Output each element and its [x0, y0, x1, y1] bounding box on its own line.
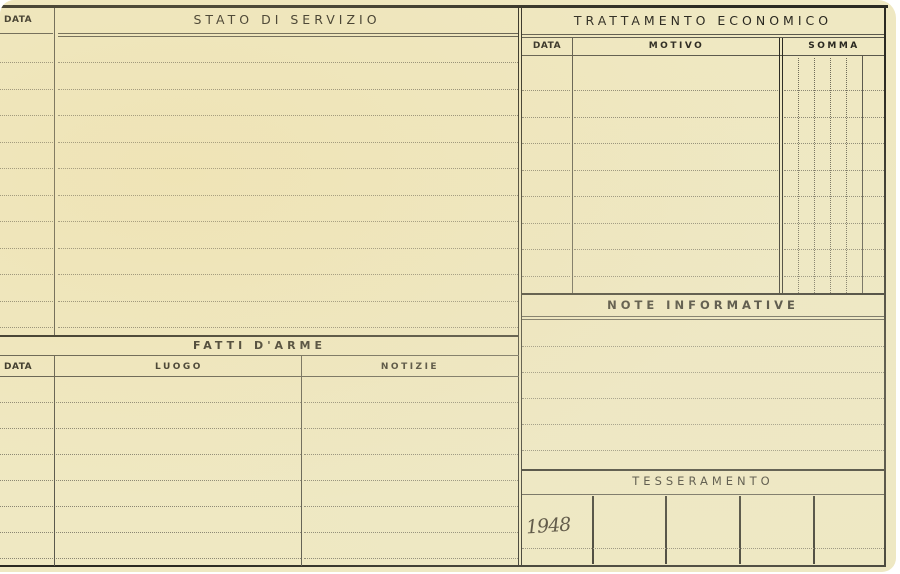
fatti-luogo-header: LUOGO [56, 362, 302, 372]
ruled-line [0, 402, 53, 403]
ruled-line [0, 558, 53, 559]
ruled-line [522, 276, 570, 277]
ruled-line [56, 454, 301, 455]
ruled-line [0, 532, 53, 533]
ruled-line [784, 223, 884, 224]
tessera-year-1: 1948 [525, 513, 571, 538]
divider [58, 33, 518, 34]
ruled-line [0, 480, 53, 481]
ruled-line [0, 195, 53, 196]
ruled-line [0, 89, 53, 90]
trattamento-somma-header: SOMMA [784, 41, 884, 51]
ruled-line [574, 117, 778, 118]
data-column-divider [54, 356, 55, 566]
ruled-line [522, 372, 884, 373]
ruled-line [58, 327, 518, 328]
trattamento-economico-title: TRATTAMENTO ECONOMICO [522, 13, 884, 28]
somma-digit-guide [814, 58, 815, 293]
ruled-line [0, 301, 53, 302]
divider [0, 33, 53, 34]
note-top-rule [522, 293, 884, 295]
trattamento-motivo-header: MOTIVO [573, 41, 780, 51]
bottom-border [0, 565, 886, 567]
stato-data-header: DATA [4, 15, 44, 25]
ruled-line [56, 428, 301, 429]
ruled-line [0, 62, 53, 63]
ruled-line [522, 424, 884, 425]
ruled-line [58, 195, 518, 196]
divider [0, 355, 519, 356]
ruled-line [0, 115, 53, 116]
ruled-line [58, 89, 518, 90]
ruled-line [304, 558, 518, 559]
ruled-line [0, 142, 53, 143]
ruled-line [58, 301, 518, 302]
service-record-card: DATA STATO DI SERVIZIO FATTI D'ARME DATA… [0, 0, 896, 572]
data-column-divider [572, 38, 573, 293]
tessera-cell-divider [813, 496, 815, 564]
ruled-line [56, 532, 301, 533]
right-border [884, 5, 886, 567]
ruled-line [304, 506, 518, 507]
ruled-line [58, 274, 518, 275]
ruled-line [304, 454, 518, 455]
divider [522, 316, 884, 317]
ruled-line [784, 276, 884, 277]
divider [522, 37, 884, 38]
ruled-line [58, 221, 518, 222]
ruled-line [0, 428, 53, 429]
ruled-line [0, 168, 53, 169]
ruled-line [304, 402, 518, 403]
somma-decimal-divider [862, 56, 863, 293]
note-informative-title: NOTE INFORMATIVE [522, 298, 884, 312]
luogo-column-divider [301, 356, 302, 566]
ruled-line [56, 480, 301, 481]
ruled-line [58, 142, 518, 143]
ruled-line [784, 143, 884, 144]
fatti-d-arme-title: FATTI D'ARME [0, 339, 519, 352]
ruled-line [304, 532, 518, 533]
ruled-line [0, 506, 53, 507]
ruled-line [58, 248, 518, 249]
tessera-baseline [522, 548, 884, 549]
fatti-top-rule [0, 335, 519, 337]
ruled-line [522, 249, 570, 250]
motivo-column-divider [782, 38, 783, 293]
tessera-cell-divider [739, 496, 741, 564]
ruled-line [0, 327, 53, 328]
center-divider [518, 8, 519, 566]
divider [58, 36, 518, 37]
ruled-line [574, 170, 778, 171]
divider [522, 55, 884, 56]
trattamento-data-header: DATA [523, 41, 571, 51]
ruled-line [58, 115, 518, 116]
somma-digit-guide [798, 58, 799, 293]
ruled-line [784, 170, 884, 171]
ruled-line [522, 398, 884, 399]
ruled-line [0, 221, 53, 222]
divider [522, 494, 884, 495]
tesseramento-title: TESSERAMENTO [522, 474, 884, 488]
ruled-line [522, 170, 570, 171]
motivo-column-divider [779, 38, 780, 293]
divider [522, 34, 884, 35]
ruled-line [522, 117, 570, 118]
ruled-line [574, 249, 778, 250]
tessera-cell-divider [592, 496, 594, 564]
ruled-line [522, 223, 570, 224]
somma-digit-guide [846, 58, 847, 293]
ruled-line [58, 62, 518, 63]
ruled-line [574, 90, 778, 91]
ruled-line [522, 450, 884, 451]
ruled-line [0, 274, 53, 275]
fatti-notizie-header: NOTIZIE [302, 362, 518, 372]
ruled-line [522, 196, 570, 197]
stato-di-servizio-title: STATO DI SERVIZIO [56, 12, 518, 27]
ruled-line [522, 346, 884, 347]
ruled-line [784, 117, 884, 118]
ruled-line [784, 196, 884, 197]
ruled-line [0, 248, 53, 249]
tesseramento-top-rule [522, 469, 884, 471]
somma-digit-guide [830, 58, 831, 293]
divider [0, 376, 519, 377]
ruled-line [304, 480, 518, 481]
ruled-line [574, 196, 778, 197]
data-column-divider [54, 8, 55, 336]
ruled-line [574, 143, 778, 144]
ruled-line [0, 454, 53, 455]
top-border [0, 5, 888, 8]
ruled-line [784, 90, 884, 91]
ruled-line [574, 276, 778, 277]
ruled-line [574, 223, 778, 224]
ruled-line [56, 402, 301, 403]
ruled-line [58, 168, 518, 169]
ruled-line [56, 506, 301, 507]
ruled-line [522, 143, 570, 144]
ruled-line [522, 90, 570, 91]
ruled-line [784, 249, 884, 250]
ruled-line [304, 428, 518, 429]
tessera-cell-divider [665, 496, 667, 564]
divider [522, 319, 884, 320]
ruled-line [56, 558, 301, 559]
fatti-data-header: DATA [4, 362, 44, 372]
